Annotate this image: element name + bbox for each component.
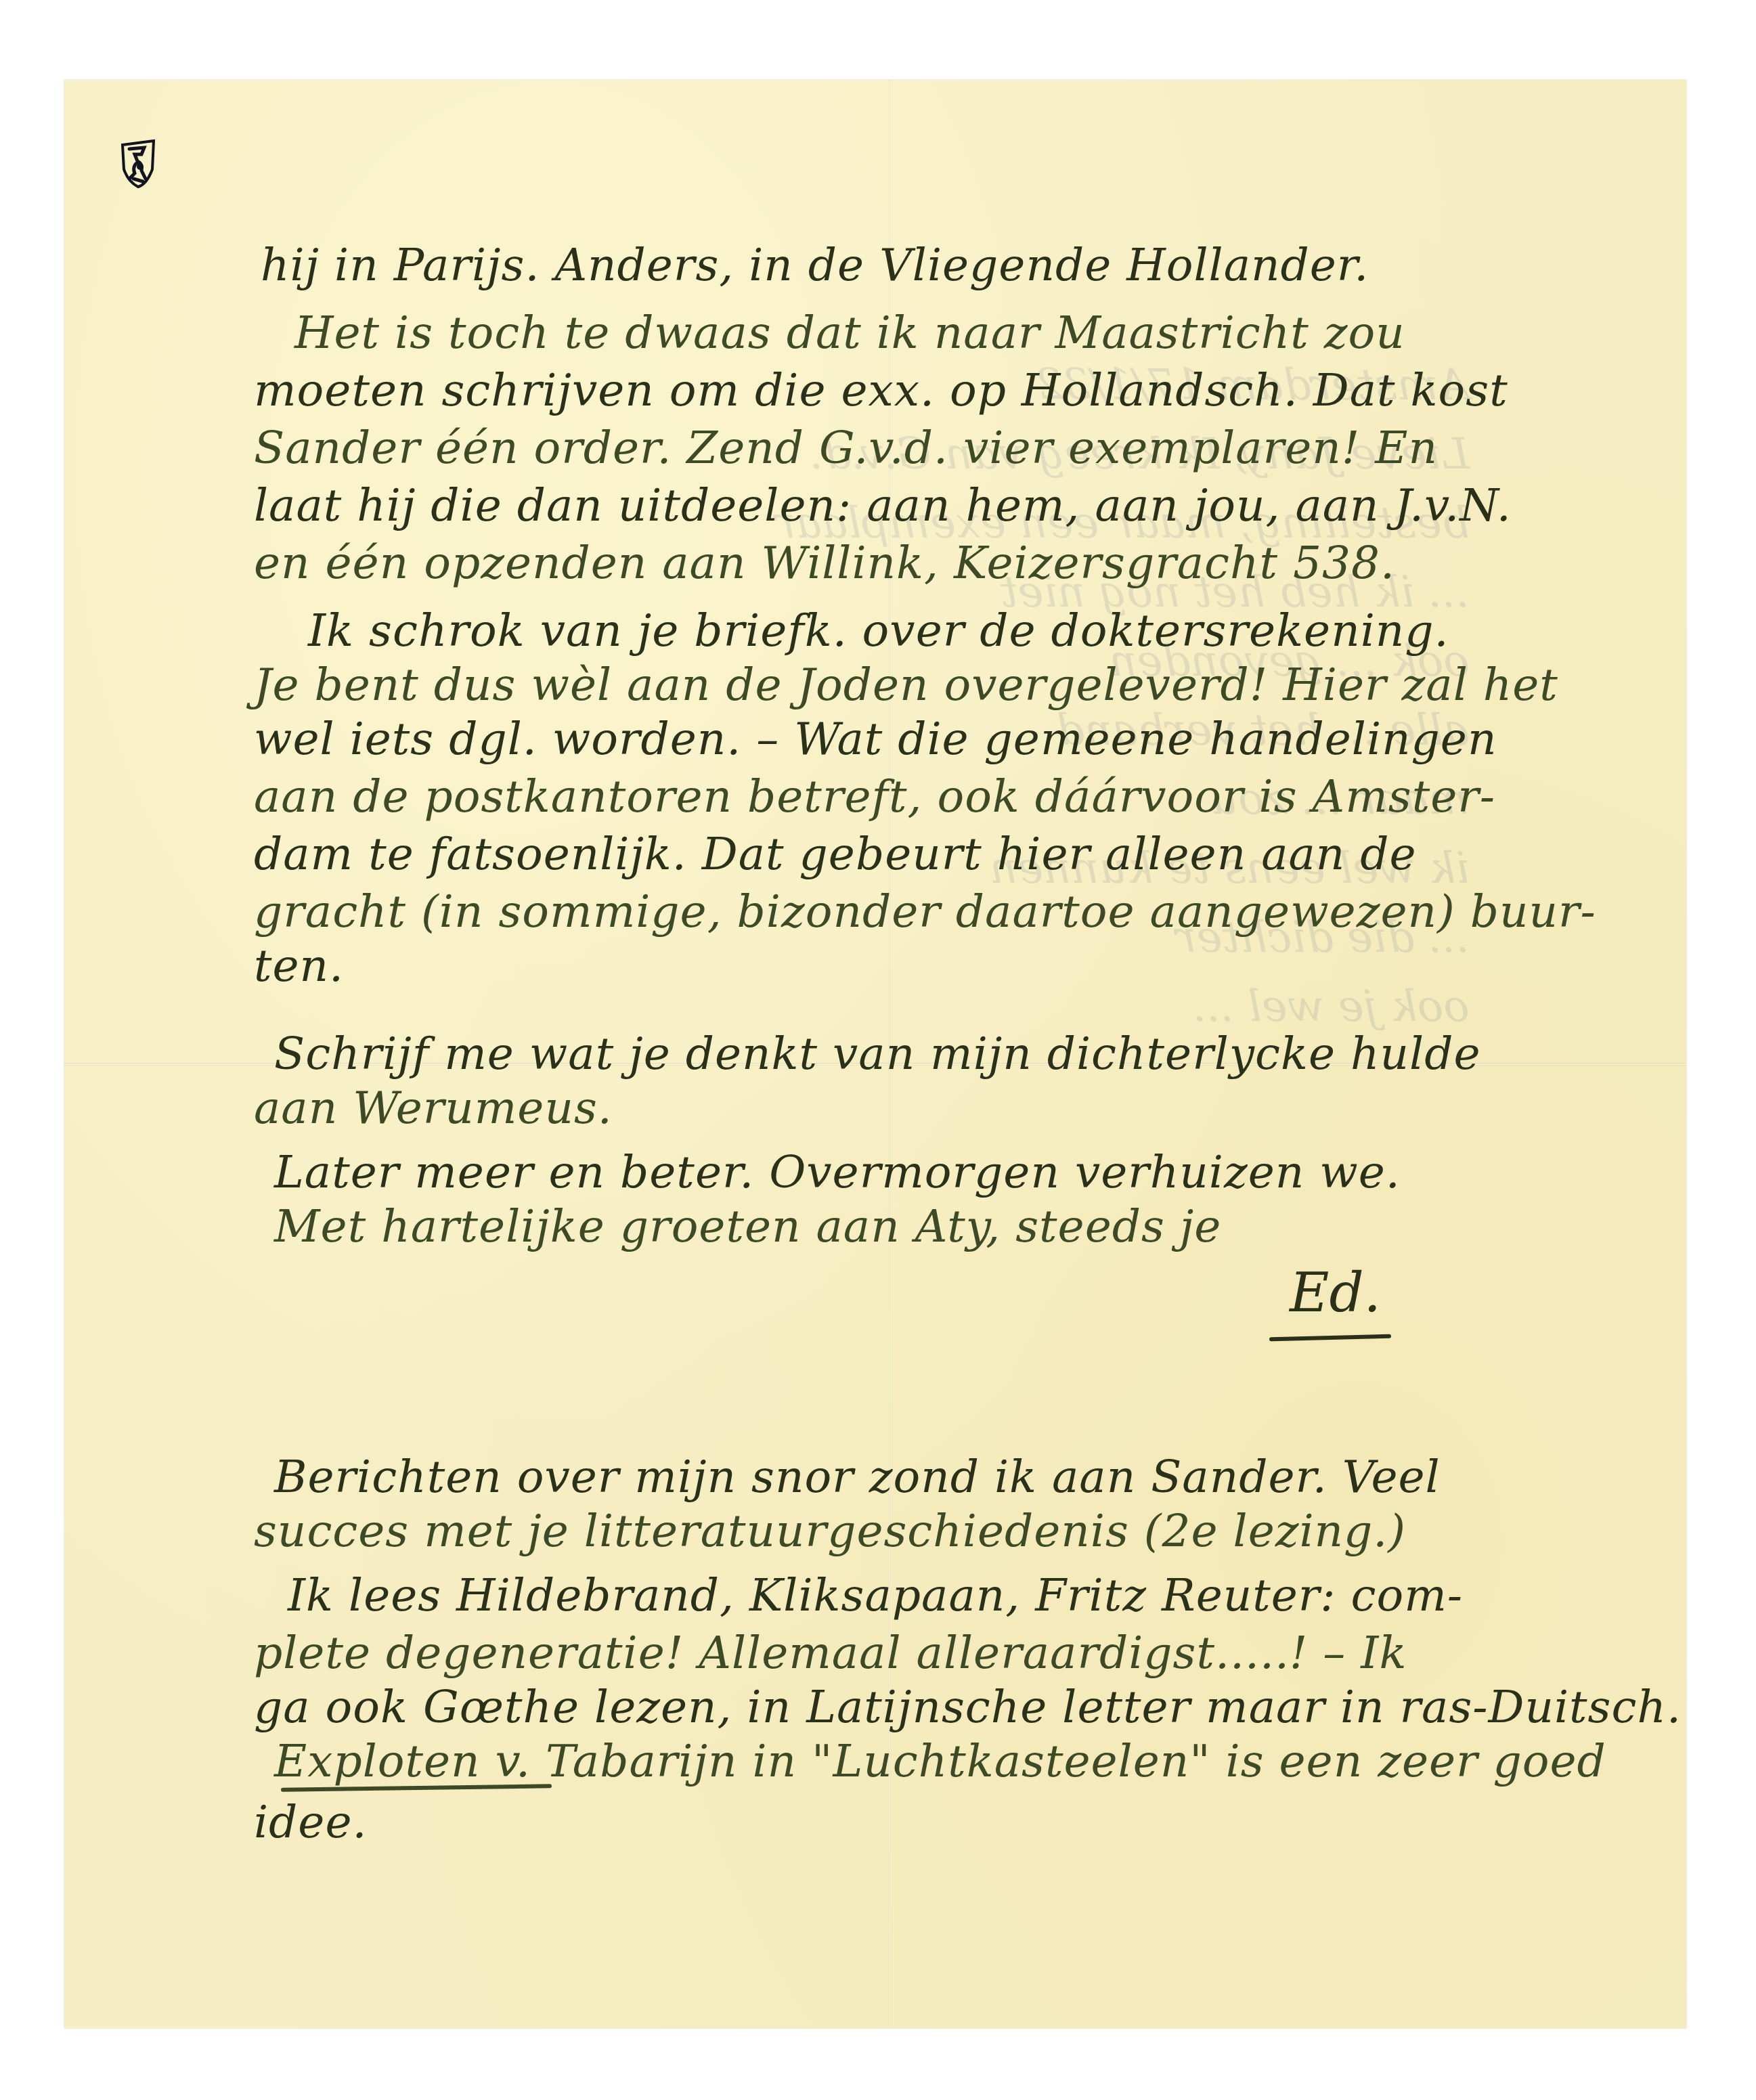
letter-line: aan Werumeus. — [254, 1082, 613, 1134]
letter-line: ten. — [254, 940, 344, 992]
letter-sheet: Amsterdam 17/1/32 Lieve Jany, Ik kreeg v… — [64, 80, 1686, 2028]
letter-line: gracht (in sommige, bizonder daartoe aan… — [254, 885, 1596, 938]
postscript-line: Berichten over mijn snor zond ik aan San… — [274, 1451, 1441, 1503]
postscript-line: idee. — [254, 1796, 367, 1848]
postscript-line: Exploten v. Tabarijn in "Luchtkasteelen"… — [274, 1735, 1606, 1787]
signature-underline — [1269, 1334, 1391, 1342]
letter-line: laat hij die dan uitdeelen: aan hem, aan… — [254, 479, 1512, 531]
letter-line: moeten schrijven om die exx. op Hollands… — [254, 364, 1508, 416]
postscript-line: plete degeneratie! Allemaal alleraardigs… — [254, 1627, 1407, 1679]
postscript-line: Ik lees Hildebrand, Kliksapaan, Fritz Re… — [288, 1569, 1463, 1621]
letter-line: aan de postkantoren betreft, ook dáárvoo… — [254, 770, 1495, 823]
letter-line: Je bent dus wèl aan de Joden overgelever… — [254, 659, 1558, 711]
letter-line: hij in Parijs. Anders, in de Vliegende H… — [261, 239, 1369, 291]
letter-line: dam te fatsoenlijk. Dat gebeurt hier all… — [254, 828, 1417, 880]
letter-line: wel iets dgl. worden. – Wat die gemeene … — [254, 713, 1497, 765]
letter-line: en één opzenden aan Willink, Keizersgrac… — [254, 537, 1395, 589]
postscript-line: ga ook Gœthe lezen, in Latijnsche letter… — [254, 1681, 1682, 1733]
letter-line: Schrijf me wat je denkt van mijn dichter… — [274, 1028, 1481, 1080]
signature: Ed. — [1290, 1261, 1381, 1324]
letter-line: Sander één order. Zend G.v.d. vier exemp… — [254, 422, 1438, 474]
letter-line: Ik schrok van je briefk. over de dokters… — [308, 605, 1449, 657]
letter-line: Met hartelijke groeten aan Aty, steeds j… — [274, 1200, 1221, 1252]
letter-line: Het is toch te dwaas dat ik naar Maastri… — [294, 307, 1405, 359]
letter-line-text: Sander één order. Zend G.v.d. vier exemp… — [254, 422, 1438, 474]
letter-line: Later meer en beter. Overmorgen verhuize… — [274, 1146, 1401, 1198]
postscript-line: succes met je litteratuurgeschiedenis (2… — [254, 1505, 1406, 1557]
heraldic-shield-stamp-icon — [120, 139, 156, 188]
